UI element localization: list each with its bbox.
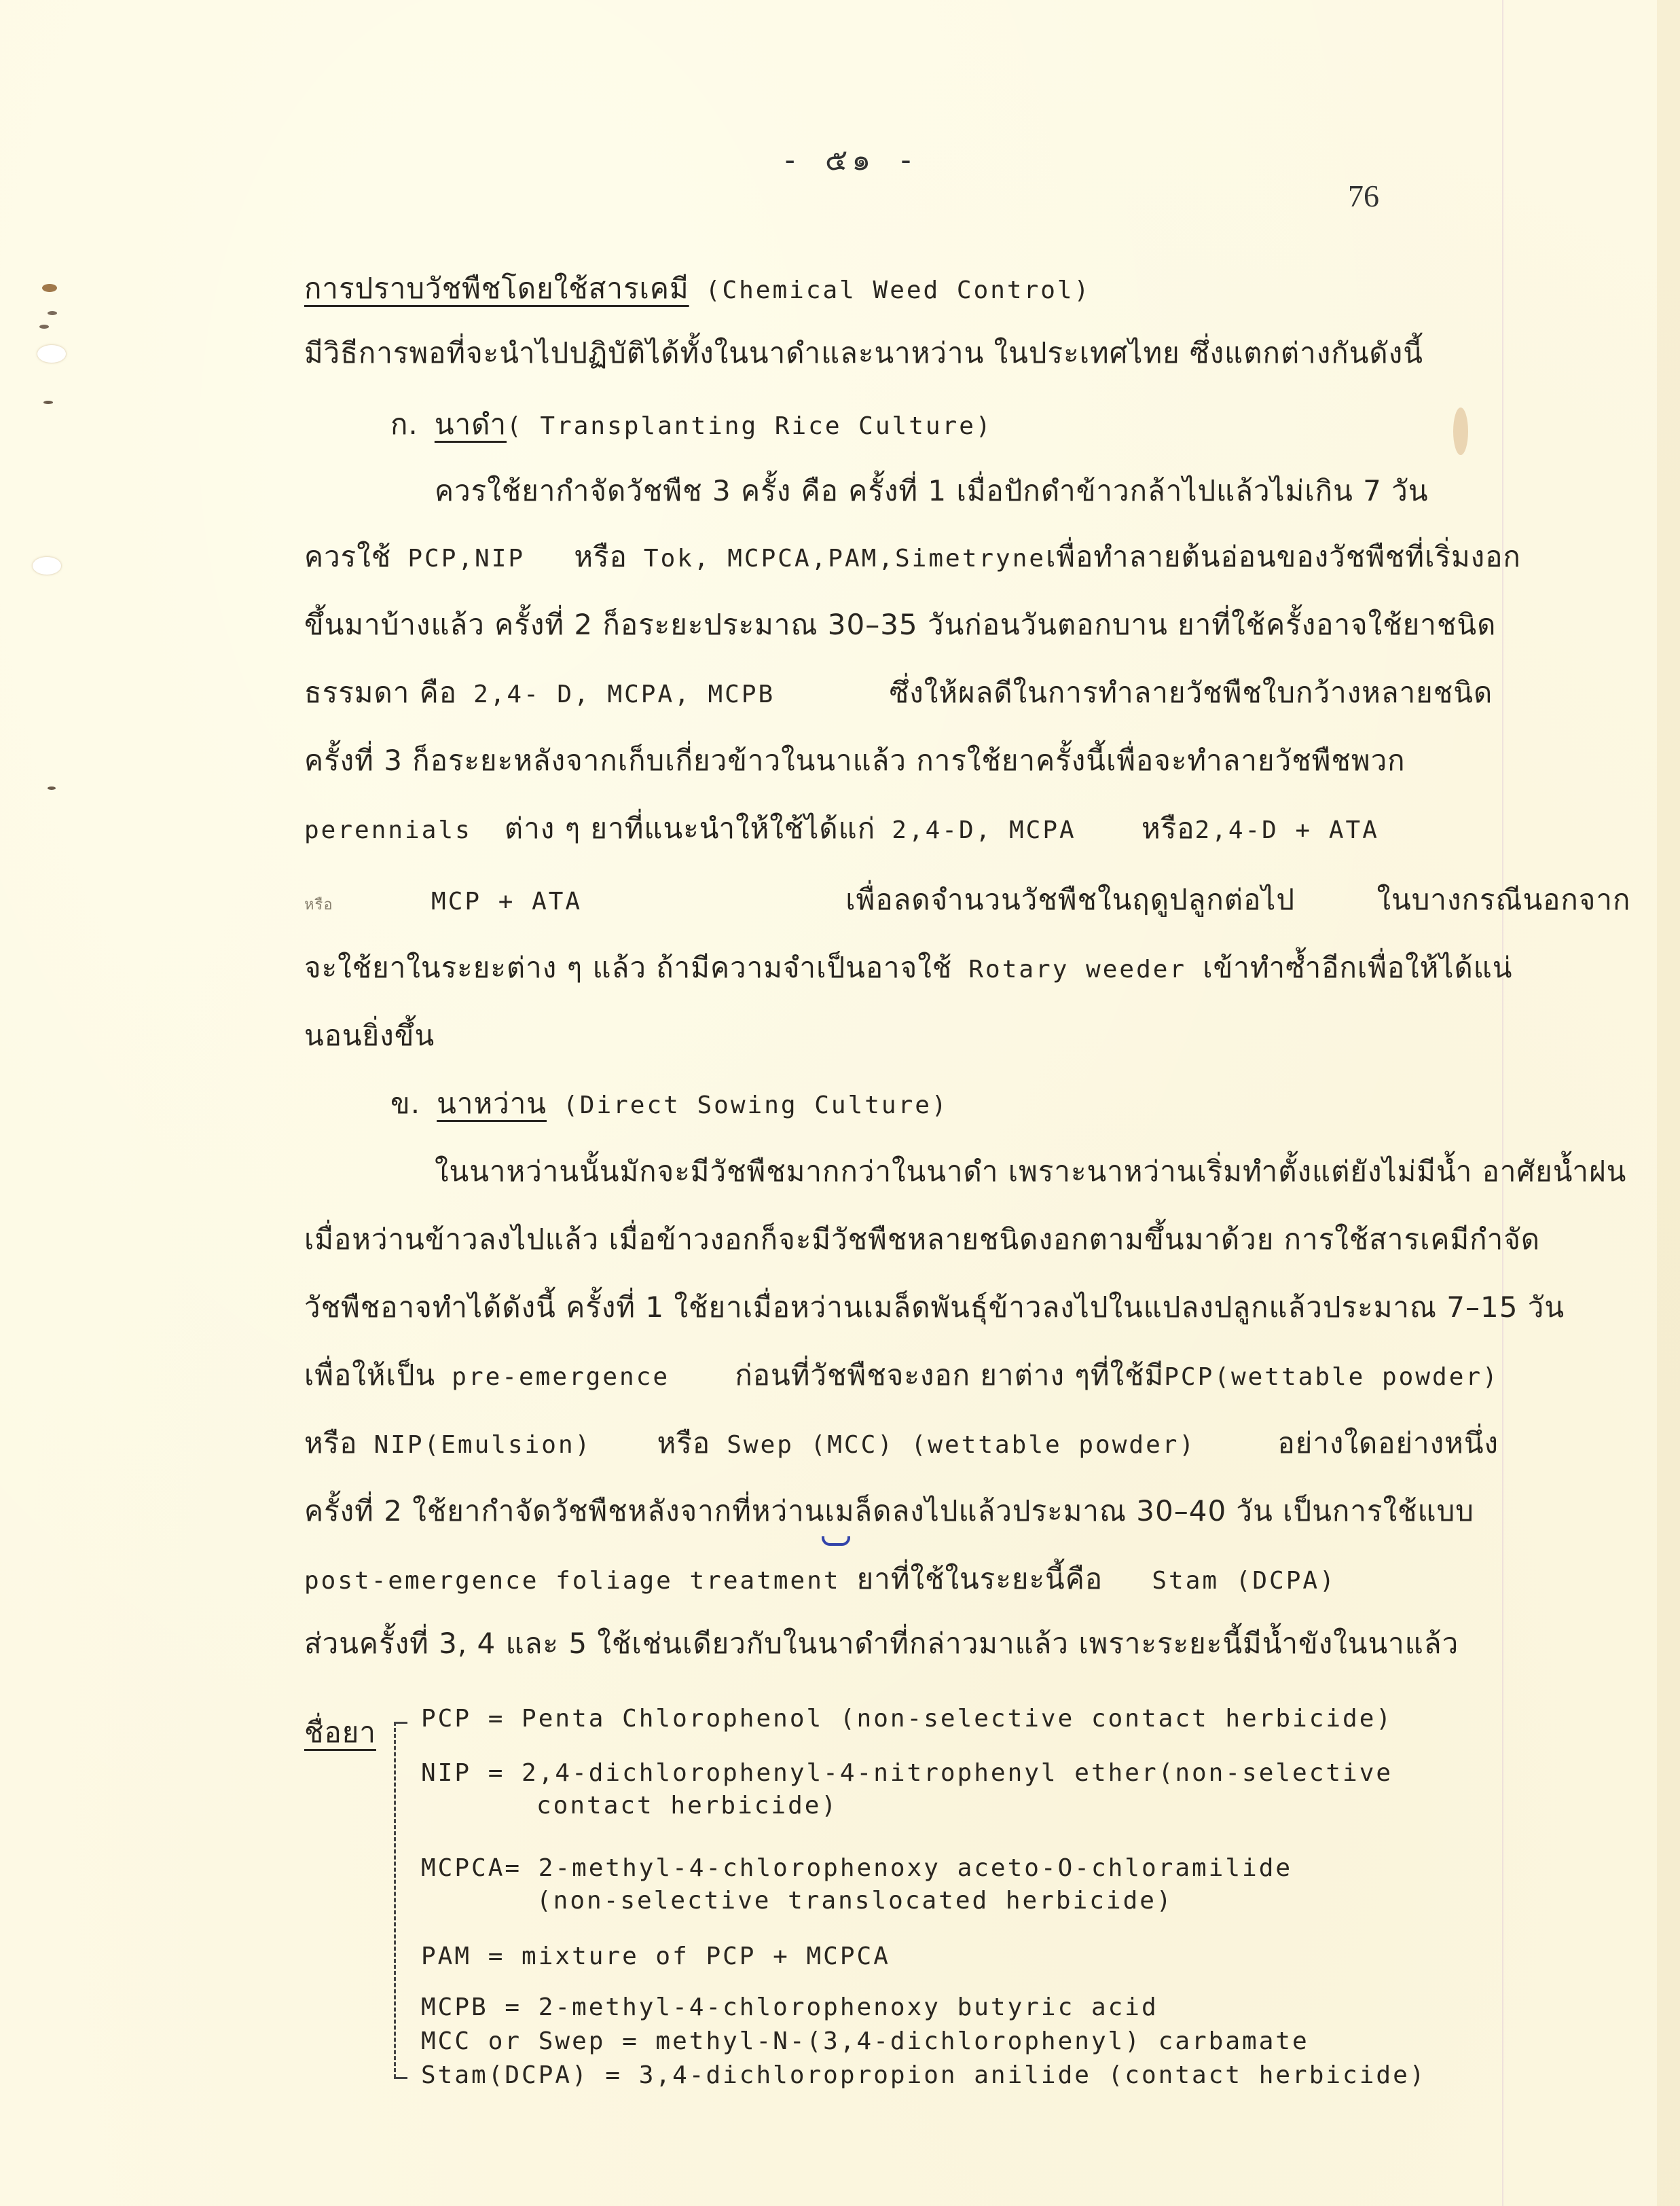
- abbreviation-item: MCPCA= 2-methyl-4-chlorophenoxy aceto-O-…: [421, 1854, 1292, 1882]
- text-english: Tok, MCPCA,PAM,Simetryne: [644, 545, 1046, 573]
- body-line: ควรใช้ยากำจัดวัชพืช 3 ครั้ง คือ ครั้งที่…: [435, 474, 1429, 508]
- text-english: Rotary weeder: [968, 956, 1186, 983]
- abbreviation-item-cont: (non-selective translocated herbicide): [536, 1887, 1173, 1915]
- text-english: 2,4-D, MCPA: [892, 816, 1076, 844]
- body-line: นอนยิ่งขึ้น: [304, 1019, 435, 1053]
- paper-edge: [1657, 0, 1680, 2206]
- body-line: post-emergence foliage treatment ยาที่ใช…: [304, 1562, 1336, 1596]
- subsection-heading-thai: นาดำ: [435, 408, 507, 441]
- subsection-a-heading: ก. นาดำ( Transplanting Rice Culture): [390, 408, 993, 441]
- text-thai: ต่าง ๆ ยาที่แนะนำให้ใช้ได้แก่: [505, 812, 875, 845]
- body-line: เพื่อให้เป็น pre-emergence ก่อนที่วัชพืช…: [304, 1358, 1499, 1392]
- text-thai: หรือ: [304, 1426, 357, 1460]
- pen-correction-mark: [822, 1536, 850, 1546]
- abbreviation-item: PAM = mixture of PCP + MCPCA: [421, 1942, 890, 1970]
- body-line: เมื่อหว่านข้าวลงไปแล้ว เมื่อข้าวงอกก็จะม…: [304, 1223, 1540, 1256]
- text-thai: หรือ: [574, 540, 627, 573]
- title-english: (Chemical Weed Control): [706, 276, 1091, 304]
- body-line: ส่วนครั้งที่ 3, 4 และ 5 ใช้เช่นเดียวกับใ…: [304, 1627, 1459, 1661]
- stain-spot: [1453, 408, 1468, 455]
- bracket-line: [394, 2077, 407, 2079]
- abbreviation-item: PCP = Penta Chlorophenol (non-selective …: [421, 1705, 1393, 1733]
- body-line: วัชพืชอาจทำได้ดังนี้ ครั้งที่ 1 ใช้ยาเมื…: [304, 1290, 1565, 1324]
- subsection-heading-english: (Direct Sowing Culture): [563, 1091, 949, 1119]
- text-english: PCP,NIP: [407, 545, 525, 573]
- body-line: ธรรมดา คือ 2,4- D, MCPA, MCPB ซึ่งให้ผลด…: [304, 676, 1493, 710]
- text-thai: หรือ: [1142, 812, 1194, 845]
- text-english: Stam (DCPA): [1152, 1567, 1336, 1595]
- stain-spot: [48, 786, 56, 790]
- text-thai: ในบางกรณีนอกจาก: [1377, 883, 1631, 916]
- text-english: perennials: [304, 816, 472, 844]
- text-thai: ยาที่ใช้ในระยะนี้คือ: [857, 1562, 1103, 1595]
- struck-text: หรือ: [304, 897, 333, 914]
- punch-hole: [37, 345, 66, 363]
- text-thai: อย่างใดอย่างหนึ่ง: [1278, 1426, 1499, 1460]
- body-line: ครั้งที่ 3 ก็อระยะหลังจากเก็บเกี่ยวข้าวใ…: [304, 744, 1406, 778]
- paper-fold-line: [1502, 0, 1503, 2206]
- text-english: PCP(wettable powder): [1164, 1363, 1499, 1391]
- section-title: การปราบวัชพืชโดยใช้สารเคมี (Chemical Wee…: [304, 272, 1091, 306]
- abbreviation-item: Stam(DCPA) = 3,4-dichloropropion anilide…: [421, 2061, 1426, 2089]
- text-english: 2,4- D, MCPA, MCPB: [473, 681, 775, 708]
- body-line: ควรใช้ PCP,NIP หรือ Tok, MCPCA,PAM,Simet…: [304, 540, 1521, 574]
- intro-paragraph: มีวิธีการพอที่จะนำไปปฏิบัติได้ทั้งในนาดำ…: [304, 336, 1423, 370]
- text-english: pre-emergence: [452, 1363, 670, 1391]
- stain-spot: [43, 401, 53, 404]
- abbreviations-label: ชื่อยา: [304, 1710, 376, 1755]
- abbreviation-item: MCPB = 2-methyl-4-chlorophenoxy butyric …: [421, 1993, 1158, 2021]
- subsection-heading-thai: นาหว่าน: [437, 1087, 547, 1120]
- bracket-line: [394, 1722, 404, 2078]
- text-thai: ธรรมดา คือ: [304, 676, 457, 709]
- abbreviation-item: MCC or Swep = methyl-N-(3,4-dichlorophen…: [421, 2027, 1309, 2055]
- title-thai: การปราบวัชพืชโดยใช้สารเคมี: [304, 272, 689, 305]
- text-thai: ควรใช้: [304, 540, 391, 573]
- text-thai: หรือ: [657, 1426, 710, 1460]
- text-english: NIP(Emulsion): [374, 1431, 592, 1459]
- text-thai: ซึ่งให้ผลดีในการทำลายวัชพืชใบกว้างหลายชน…: [890, 676, 1493, 709]
- subsection-marker: ก.: [390, 408, 418, 441]
- body-line: จะใช้ยาในระยะต่าง ๆ แล้ว ถ้ามีความจำเป็น…: [304, 951, 1513, 985]
- text-thai: เข้าทำซ้ำอีกเพื่อให้ได้แน่: [1203, 951, 1512, 984]
- abbreviation-item: NIP = 2,4-dichlorophenyl-4-nitrophenyl e…: [421, 1759, 1393, 1787]
- text-english: post-emergence foliage treatment: [304, 1567, 841, 1595]
- text-english: MCP + ATA: [431, 888, 582, 916]
- handwritten-folio: 76: [1348, 178, 1379, 214]
- text-thai: เพื่อลดจำนวนวัชพืชในฤดูปลูกต่อไป: [845, 883, 1295, 916]
- body-line: ขึ้นมาบ้างแล้ว ครั้งที่ 2 ก็อระยะประมาณ …: [304, 608, 1496, 642]
- text-english: 2,4-D + ATA: [1194, 816, 1378, 844]
- body-line: หรือ MCP + ATA เพื่อลดจำนวนวัชพืชในฤดูปล…: [304, 883, 1630, 917]
- text-english: Swep (MCC) (wettable powder): [727, 1431, 1196, 1459]
- text-thai: จะใช้ยาในระยะต่าง ๆ แล้ว ถ้ามีความจำเป็น…: [304, 951, 952, 984]
- stain-spot: [42, 284, 57, 292]
- text-thai: เพื่อให้เป็น: [304, 1358, 435, 1392]
- body-line: หรือ NIP(Emulsion) หรือ Swep (MCC) (wett…: [304, 1426, 1499, 1460]
- subsection-heading-english: ( Transplanting Rice Culture): [507, 412, 993, 440]
- text-thai: เพื่อทำลายต้นอ่อนของวัชพืชที่เริ่มงอก: [1046, 540, 1521, 573]
- body-line: perennials ต่าง ๆ ยาที่แนะนำให้ใช้ได้แก่…: [304, 812, 1379, 846]
- body-line: ครั้งที่ 2 ใช้ยากำจัดวัชพืชหลังจากที่หว่…: [304, 1494, 1474, 1528]
- bracket-line: [394, 1722, 407, 1724]
- page-number: - ๕๑ -: [781, 136, 919, 183]
- body-line: ในนาหว่านนั้นมักจะมีวัชพืชมากกว่าในนาดำ …: [435, 1155, 1626, 1189]
- punch-hole: [33, 557, 61, 575]
- text-thai: ก่อนที่วัชพืชจะงอก ยาต่าง ๆที่ใช้มี: [735, 1358, 1164, 1392]
- abbreviation-item-cont: contact herbicide): [536, 1792, 838, 1820]
- stain-spot: [48, 311, 57, 315]
- subsection-b-heading: ข. นาหว่าน (Direct Sowing Culture): [390, 1087, 949, 1121]
- subsection-marker: ข.: [390, 1087, 420, 1120]
- stain-spot: [39, 325, 49, 329]
